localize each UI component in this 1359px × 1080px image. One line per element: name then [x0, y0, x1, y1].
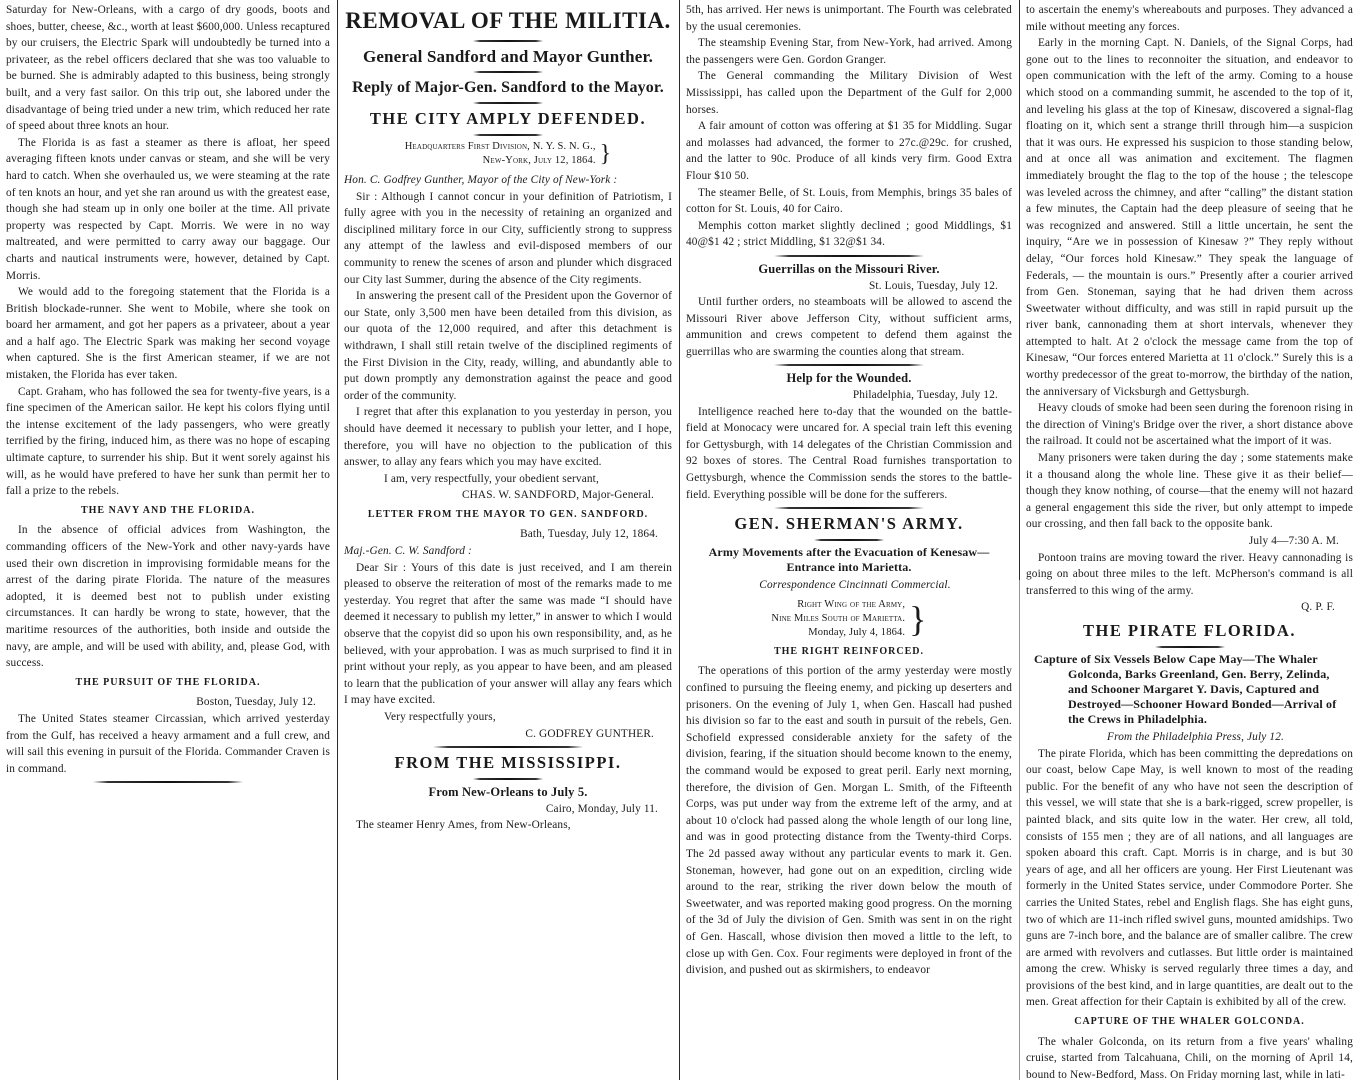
brace-icon: } [909, 598, 926, 640]
letter-heading: Headquarters First Division, N. Y. S. N.… [344, 140, 672, 168]
section-heading: Help for the Wounded. [686, 370, 1012, 387]
article-deck: General Sandford and Mayor Gunther. [348, 46, 668, 67]
article-deck: From New-Orleans to July 5. [344, 784, 672, 801]
paragraph: We would add to the foregoing statement … [6, 284, 330, 384]
letter-closing: I am, very respectfully, your obedient s… [344, 471, 672, 488]
source-credit: From the Philadelphia Press, July 12. [1026, 729, 1353, 746]
paragraph: I regret that after this explanation to … [344, 404, 672, 470]
article-headline: GEN. SHERMAN'S ARMY. [686, 513, 1012, 535]
divider-rule [473, 134, 543, 136]
column-4: to ascertain the enemy's whereabouts and… [1020, 0, 1359, 1080]
paragraph: Saturday for New-Orleans, with a cargo o… [6, 2, 330, 135]
paragraph: Many prisoners were taken during the day… [1026, 450, 1353, 533]
divider-rule [473, 102, 543, 104]
paragraph: 5th, has arrived. Her news is unimportan… [686, 2, 1012, 35]
paragraph: The steamer Henry Ames, from New-Orleans… [344, 817, 672, 834]
divider-rule [473, 778, 543, 780]
paragraph: The steamship Evening Star, from New-Yor… [686, 35, 1012, 68]
article-deck: Army Movements after the Evacuation of K… [690, 545, 1008, 575]
paragraph: Sir : Although I cannot concur in your d… [344, 189, 672, 289]
paragraph: The pirate Florida, which has been commi… [1026, 746, 1353, 1012]
paragraph: Heavy clouds of smoke had been seen duri… [1026, 400, 1353, 450]
hq-line: Headquarters First Division, N. Y. S. N.… [405, 140, 596, 154]
column-1: Saturday for New-Orleans, with a cargo o… [0, 0, 336, 1080]
divider-rule [433, 746, 583, 748]
paragraph: Until further orders, no steamboats will… [686, 294, 1012, 360]
column-3: 5th, has arrived. Her news is unimportan… [680, 0, 1018, 1080]
dateline: St. Louis, Tuesday, July 12. [686, 278, 1012, 295]
letter-address: Hon. C. Godfrey Gunther, Mayor of the Ci… [344, 172, 672, 189]
paragraph: In the absence of official advices from … [6, 522, 330, 671]
divider-rule [774, 507, 924, 509]
divider-rule [473, 40, 543, 42]
article-headline: REMOVAL OF THE MILITIA. [344, 6, 672, 36]
paragraph: A fair amount of cotton was offering at … [686, 118, 1012, 184]
dateline: Bath, Tuesday, July 12, 1864. [344, 526, 672, 543]
paragraph: Intelligence reached here to-day that th… [686, 404, 1012, 504]
paragraph: to ascertain the enemy's whereabouts and… [1026, 2, 1353, 35]
divider-rule [774, 255, 924, 257]
hq-line: Monday, July 4, 1864. [771, 626, 905, 640]
paragraph: Pontoon trains are moving toward the riv… [1026, 550, 1353, 600]
section-heading: THE NAVY AND THE FLORIDA. [6, 503, 330, 520]
paragraph: The whaler Golconda, on its return from … [1026, 1034, 1353, 1080]
paragraph: The Florida is as fast a steamer as ther… [6, 135, 330, 284]
letter-closing: Very respectfully yours, [344, 709, 672, 726]
paragraph: In answering the present call of the Pre… [344, 288, 672, 404]
article-headline: FROM THE MISSISSIPPI. [344, 752, 672, 774]
section-heading: THE PURSUIT OF THE FLORIDA. [6, 675, 330, 692]
signature: Q. P. F. [1026, 599, 1353, 616]
article-deck: Capture of Six Vessels Below Cape May—Th… [1030, 652, 1349, 727]
signature: C. GODFREY GUNTHER. [344, 726, 672, 743]
divider-rule [93, 781, 243, 783]
paragraph: Memphis cotton market slightly declined … [686, 218, 1012, 251]
newspaper-page: Saturday for New-Orleans, with a cargo o… [0, 0, 1359, 1080]
paragraph: The steamer Belle, of St. Louis, from Me… [686, 185, 1012, 218]
paragraph: The General commanding the Military Divi… [686, 68, 1012, 118]
dateline: Cairo, Monday, July 11. [344, 801, 672, 818]
dateline: Philadelphia, Tuesday, July 12. [686, 387, 1012, 404]
article-deck: Reply of Major-Gen. Sandford to the Mayo… [348, 77, 668, 98]
paragraph: The United States steamer Circassian, wh… [6, 711, 330, 777]
section-heading: CAPTURE OF THE WHALER GOLCONDA. [1026, 1014, 1353, 1031]
divider-rule [814, 539, 884, 541]
divider-rule [473, 71, 543, 73]
dateline: July 4—7:30 A. M. [1026, 533, 1353, 550]
paragraph: The operations of this portion of the ar… [686, 663, 1012, 978]
section-heading: LETTER FROM THE MAYOR TO GEN. SANDFORD. [344, 507, 672, 524]
hq-line: New-York, July 12, 1864. [405, 154, 596, 168]
signature: CHAS. W. SANDFORD, Major-General. [344, 487, 672, 504]
hq-line: Nine Miles South of Marietta. [771, 612, 905, 626]
divider-rule [1155, 646, 1225, 648]
paragraph: Capt. Graham, who has followed the sea f… [6, 384, 330, 500]
article-headline: THE PIRATE FLORIDA. [1026, 620, 1353, 642]
paragraph: Dear Sir : Yours of this date is just re… [344, 560, 672, 709]
article-deck: THE CITY AMPLY DEFENDED. [344, 108, 672, 130]
letter-address: Maj.-Gen. C. W. Sandford : [344, 543, 672, 560]
dateline: Boston, Tuesday, July 12. [6, 694, 330, 711]
paragraph: Early in the morning Capt. N. Daniels, o… [1026, 35, 1353, 400]
brace-icon: } [600, 140, 612, 168]
correspondence-credit: Correspondence Cincinnati Commercial. [686, 577, 1012, 594]
letter-heading: Right Wing of the Army, Nine Miles South… [686, 598, 1012, 640]
section-heading: Guerrillas on the Missouri River. [686, 261, 1012, 278]
hq-line: Right Wing of the Army, [771, 598, 905, 612]
divider-rule [774, 364, 924, 366]
section-heading: THE RIGHT REINFORCED. [686, 644, 1012, 661]
column-2: REMOVAL OF THE MILITIA. General Sandford… [338, 0, 678, 1080]
